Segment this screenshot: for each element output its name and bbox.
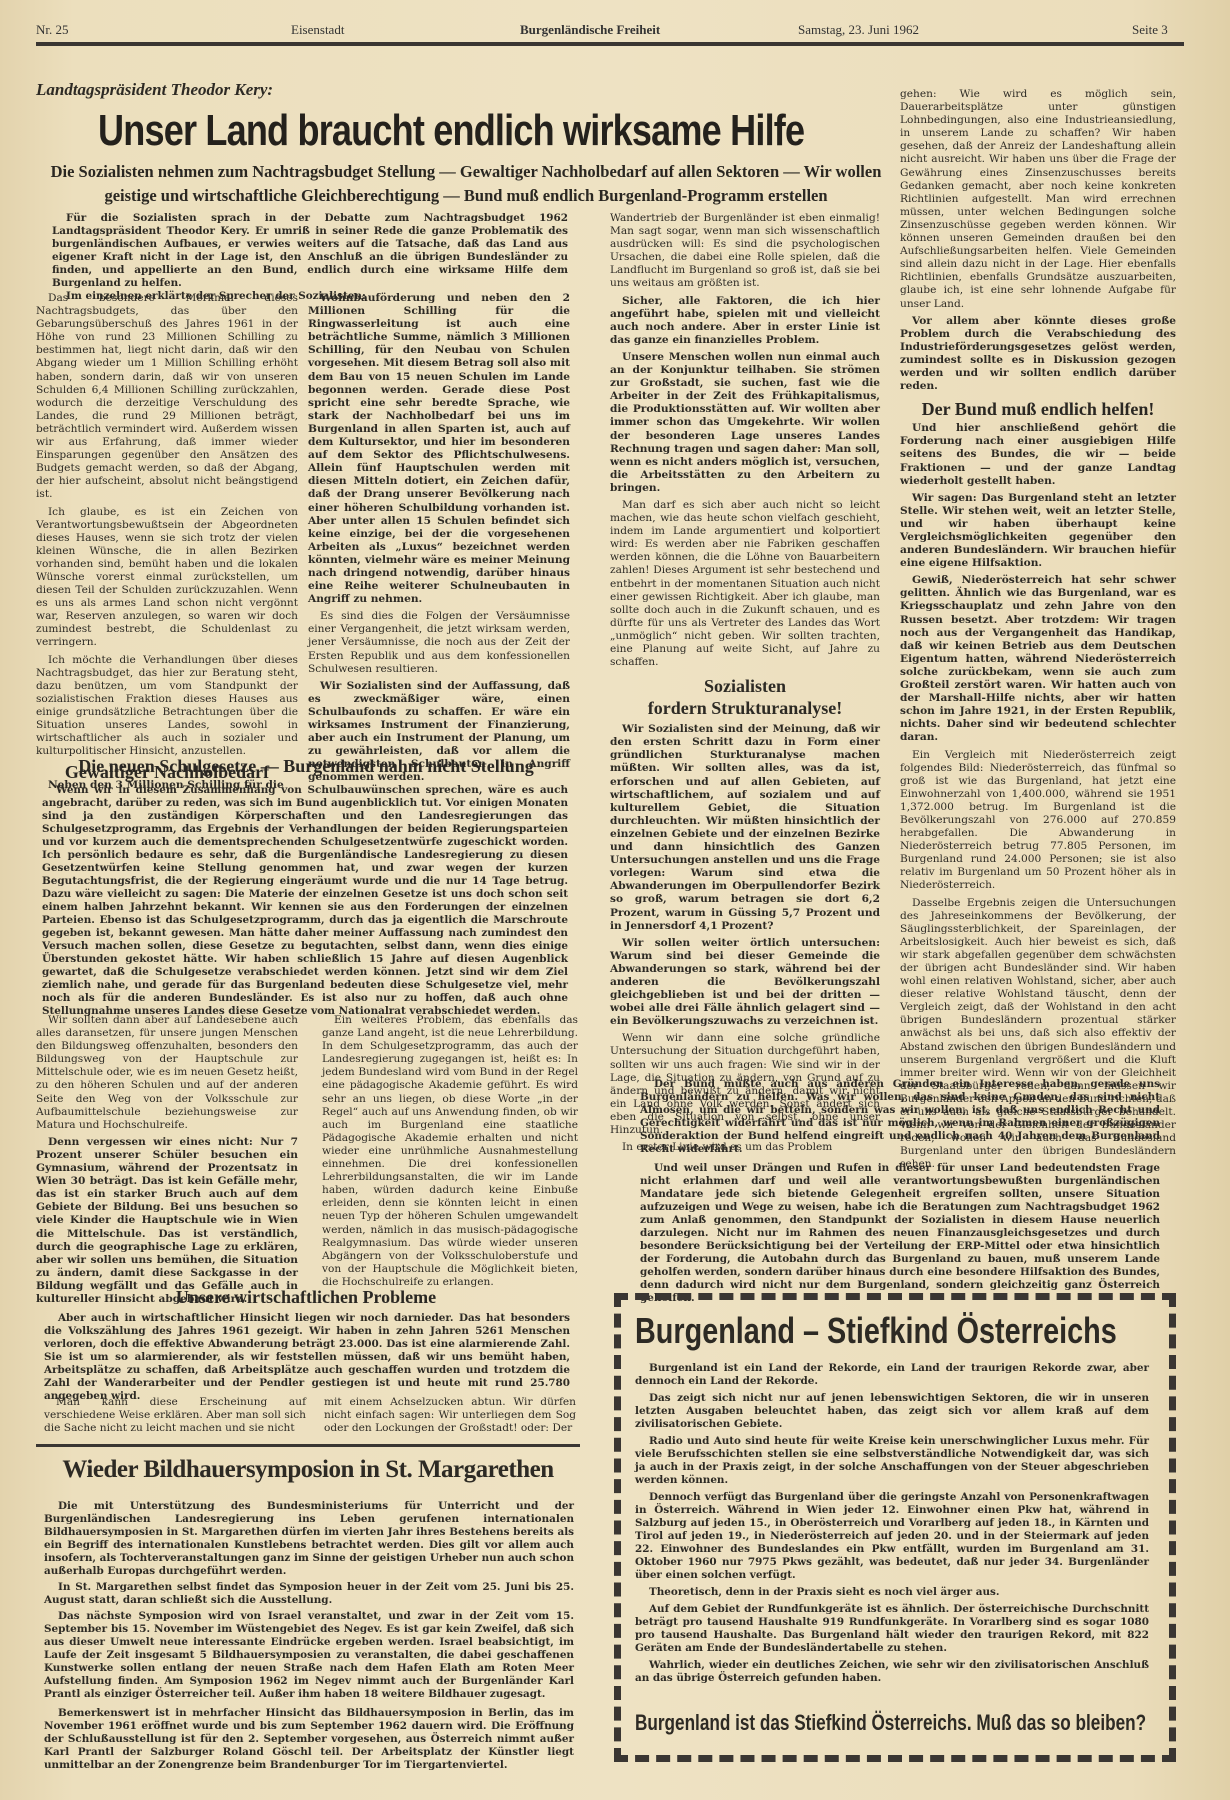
bildhauer-headline: Wieder Bildhauersymposion in St. Margare… xyxy=(36,1456,580,1484)
subhead-wirtschaft: Unsere wirtschaftlichen Probleme xyxy=(36,1287,576,1308)
article-lead: Für die Sozialisten sprach in der Debatt… xyxy=(52,212,568,303)
article-deck: Die Sozialisten nehmen zum Nachtragsbudg… xyxy=(36,160,896,208)
column-1: Das besondere Merkmal dieses Nachtragsbu… xyxy=(36,292,298,796)
column-2: Wohnbauförderung und neben den 2 Million… xyxy=(308,292,570,788)
issue-date: Samstag, 23. Juni 1962 xyxy=(798,22,919,38)
place: Eisenstadt xyxy=(291,22,344,38)
subhead-schulgesetze: Die neuen Schulgesetze — Burgenland nahm… xyxy=(36,756,576,777)
schulgesetze-column-1: Wir sollten dann aber auf Landesebene au… xyxy=(36,1014,298,1310)
newspaper-page: Nr. 25 Eisenstadt Burgenländische Freihe… xyxy=(0,0,1230,1800)
stiefkind-box: Burgenland – Stiefkind Österreichs Burge… xyxy=(614,1293,1176,1762)
wirtschaft-column-2: mit einem Achselzucken abtun. Wir dürfen… xyxy=(324,1396,576,1439)
section-rule xyxy=(36,1444,580,1447)
schulgesetze-lead: Wenn wir in diesem Zusammenhang von Schu… xyxy=(42,784,568,1018)
schulgesetze-column-2: Ein weiteres Problem, das ebenfalls das … xyxy=(322,1014,578,1293)
wirtschaft-column-1: Man kann diese Erscheinung auf verschied… xyxy=(44,1396,306,1439)
stiefkind-headline: Burgenland – Stiefkind Österreichs xyxy=(635,1310,1117,1352)
stiefkind-footer: Burgenland ist das Stiefkind Österreichs… xyxy=(635,1710,1146,1736)
subhead-strukturanalyse: Sozialisten fordern Strukturanalyse! xyxy=(610,675,880,719)
paper-name: Burgenländische Freiheit xyxy=(520,22,660,38)
bildhauer-body: Die mit Unterstützung des Bundesminister… xyxy=(44,1500,574,1772)
subhead-bund: Der Bund muß endlich helfen! xyxy=(900,403,1176,416)
masthead: Nr. 25 Eisenstadt Burgenländische Freihe… xyxy=(36,18,1184,40)
column-4: gehen: Wie wird es möglich sein, Dauerar… xyxy=(900,88,1176,1176)
column-3: Wandertrieb der Burgenländer ist eben ei… xyxy=(610,212,880,1158)
issue-number: Nr. 25 xyxy=(36,22,69,38)
wirtschaft-lead: Aber auch in wirtschaftlicher Hinsicht l… xyxy=(44,1312,570,1403)
article-headline: Unser Land braucht endlich wirksame Hilf… xyxy=(98,106,804,156)
page-number: Seite 3 xyxy=(1132,22,1168,38)
masthead-rule xyxy=(36,42,1184,46)
article-kicker: Landtagspräsident Theodor Kery: xyxy=(36,80,273,100)
closing-paragraphs: Der Bund müßte auch aus anderen Gründen … xyxy=(640,1078,1160,1305)
stiefkind-body: Burgenland ist ein Land der Rekorde, ein… xyxy=(635,1362,1149,1685)
